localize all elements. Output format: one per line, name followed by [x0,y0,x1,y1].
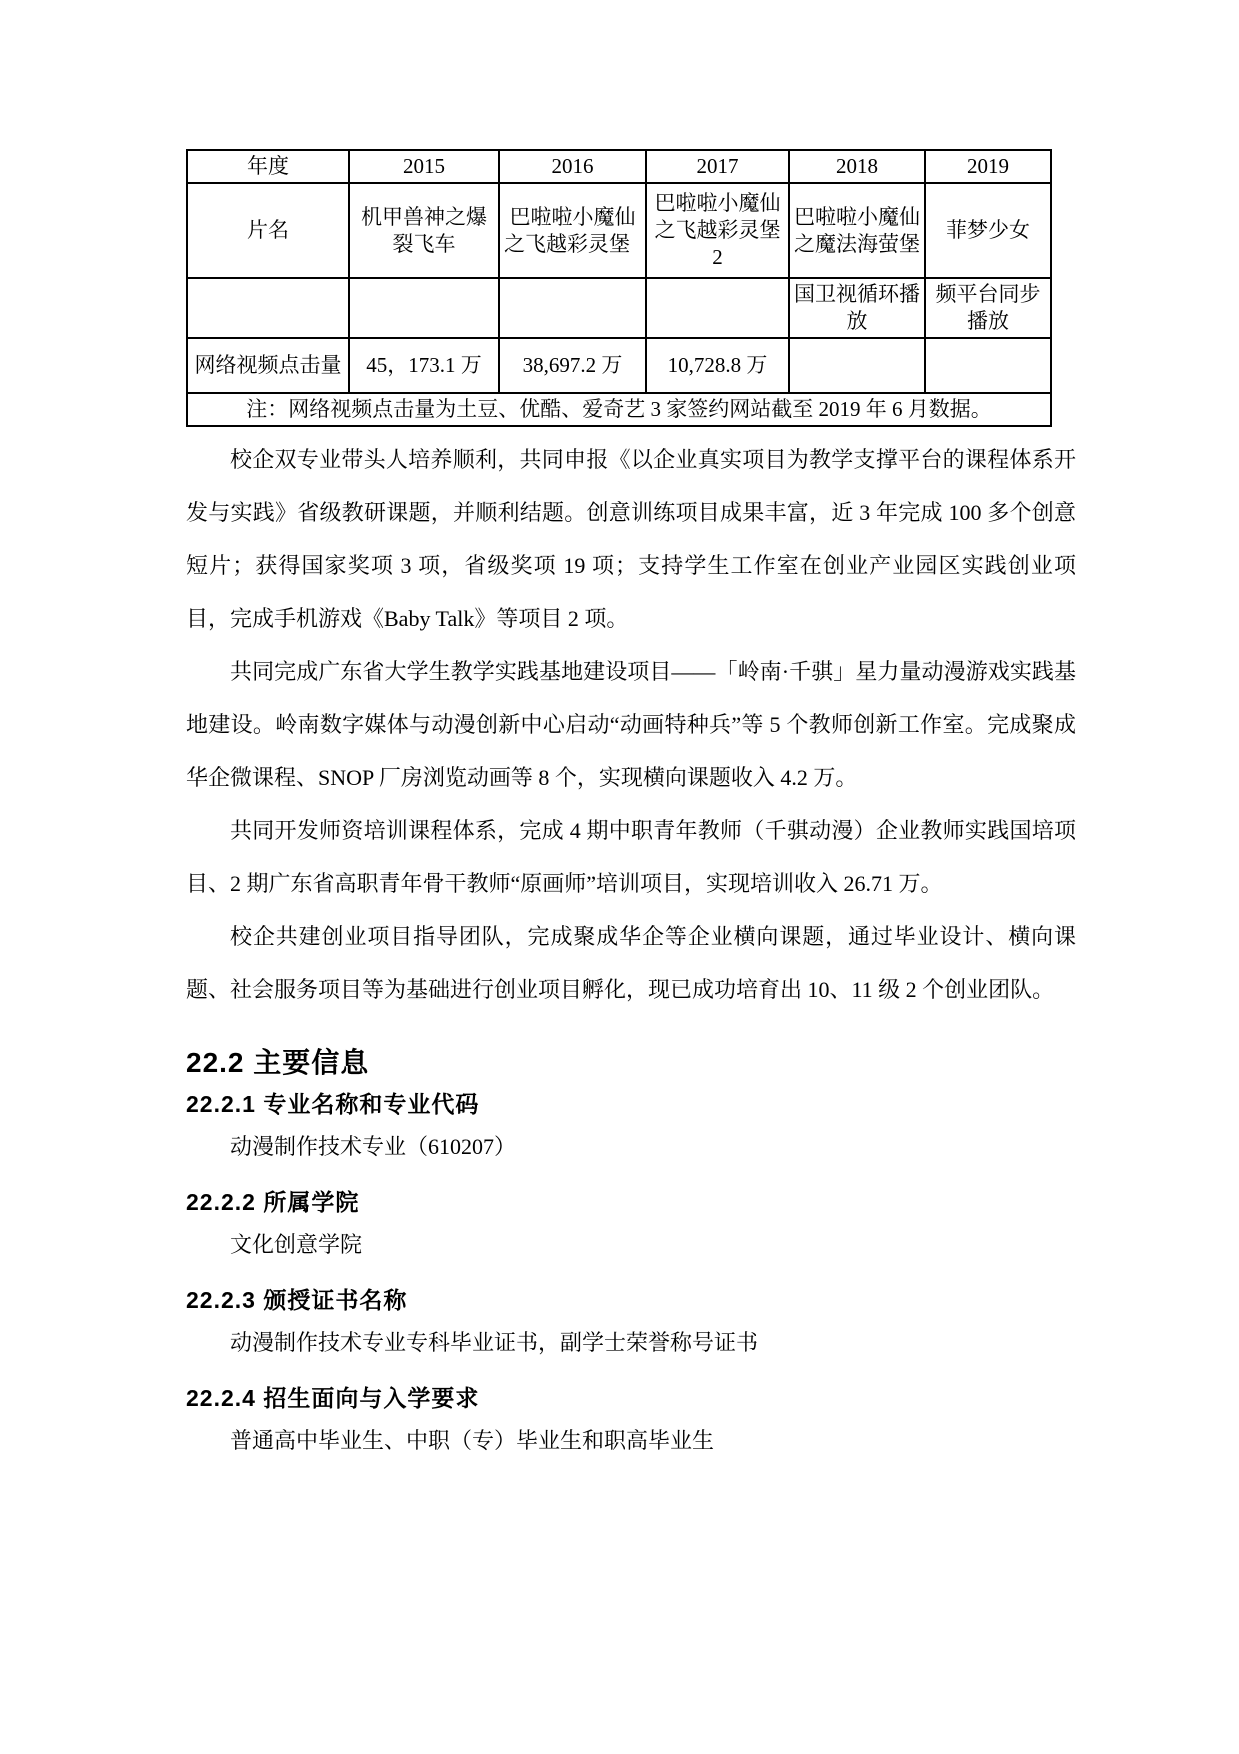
clicks-2019 [925,338,1051,393]
title-2015: 机甲兽神之爆裂飞车 [349,183,499,278]
table-row-clicks: 网络视频点击量 45，173.1 万 38,697.2 万 10,728.8 万 [187,338,1051,393]
table-note: 注：网络视频点击量为土豆、优酷、爱奇艺 3 家签约网站截至 2019 年 6 月… [187,393,1051,426]
clicks-2018 [789,338,925,393]
header-cell-2019: 2019 [925,150,1051,183]
body-paragraph-2: 共同完成广东省大学生教学实践基地建设项目——「岭南·千骐」星力量动漫游戏实践基地… [186,645,1076,804]
section-heading-22-2: 22.2 主要信息 [186,1046,1076,1080]
title-2018: 巴啦啦小魔仙之魔法海萤堡 [789,183,925,278]
header-cell-year-label: 年度 [187,150,349,183]
title-2017: 巴啦啦小魔仙之飞越彩灵堡 2 [646,183,789,278]
broadcast-2019: 频平台同步播放 [925,278,1051,338]
subsection-heading-22-2-3: 22.2.3 颁授证书名称 [186,1286,1076,1314]
subsection-heading-22-2-1: 22.2.1 专业名称和专业代码 [186,1090,1076,1118]
header-cell-2015: 2015 [349,150,499,183]
body-text-block: 校企双专业带头人培养顺利，共同申报《以企业真实项目为教学支撑平台的课程体系开发与… [186,433,1076,1016]
table-row-broadcast: 国卫视循环播放 频平台同步播放 [187,278,1051,338]
header-cell-2016: 2016 [499,150,646,183]
row-label-empty [187,278,349,338]
row-label-clicks: 网络视频点击量 [187,338,349,393]
document-page: 年度 2015 2016 2017 2018 2019 片名 机甲兽神之爆裂飞车… [0,0,1239,1754]
header-cell-2018: 2018 [789,150,925,183]
subsection-body-22-2-3: 动漫制作技术专业专科毕业证书，副学士荣誉称号证书 [186,1328,1076,1358]
subsection-heading-22-2-2: 22.2.2 所属学院 [186,1188,1076,1216]
subsection-heading-22-2-4: 22.2.4 招生面向与入学要求 [186,1384,1076,1412]
video-stats-table: 年度 2015 2016 2017 2018 2019 片名 机甲兽神之爆裂飞车… [186,149,1052,427]
table-header-row: 年度 2015 2016 2017 2018 2019 [187,150,1051,183]
row-label-title: 片名 [187,183,349,278]
clicks-2016: 38,697.2 万 [499,338,646,393]
body-paragraph-3: 共同开发师资培训课程体系，完成 4 期中职青年教师（千骐动漫）企业教师实践国培项… [186,804,1076,910]
clicks-2017: 10,728.8 万 [646,338,789,393]
subsection-body-22-2-1: 动漫制作技术专业（610207） [186,1132,1076,1162]
title-2019: 菲梦少女 [925,183,1051,278]
broadcast-2018: 国卫视循环播放 [789,278,925,338]
broadcast-2017 [646,278,789,338]
broadcast-2015 [349,278,499,338]
broadcast-2016 [499,278,646,338]
subsection-body-22-2-4: 普通高中毕业生、中职（专）毕业生和职高毕业生 [186,1426,1076,1456]
body-paragraph-4: 校企共建创业项目指导团队，完成聚成华企等企业横向课题，通过毕业设计、横向课题、社… [186,910,1076,1016]
title-2016: 巴啦啦小魔仙之飞越彩灵堡 [499,183,646,278]
table-note-row: 注：网络视频点击量为土豆、优酷、爱奇艺 3 家签约网站截至 2019 年 6 月… [187,393,1051,426]
table-row-titles: 片名 机甲兽神之爆裂飞车 巴啦啦小魔仙之飞越彩灵堡 巴啦啦小魔仙之飞越彩灵堡 2… [187,183,1051,278]
body-paragraph-1: 校企双专业带头人培养顺利，共同申报《以企业真实项目为教学支撑平台的课程体系开发与… [186,433,1076,645]
subsection-body-22-2-2: 文化创意学院 [186,1230,1076,1260]
clicks-2015: 45，173.1 万 [349,338,499,393]
header-cell-2017: 2017 [646,150,789,183]
